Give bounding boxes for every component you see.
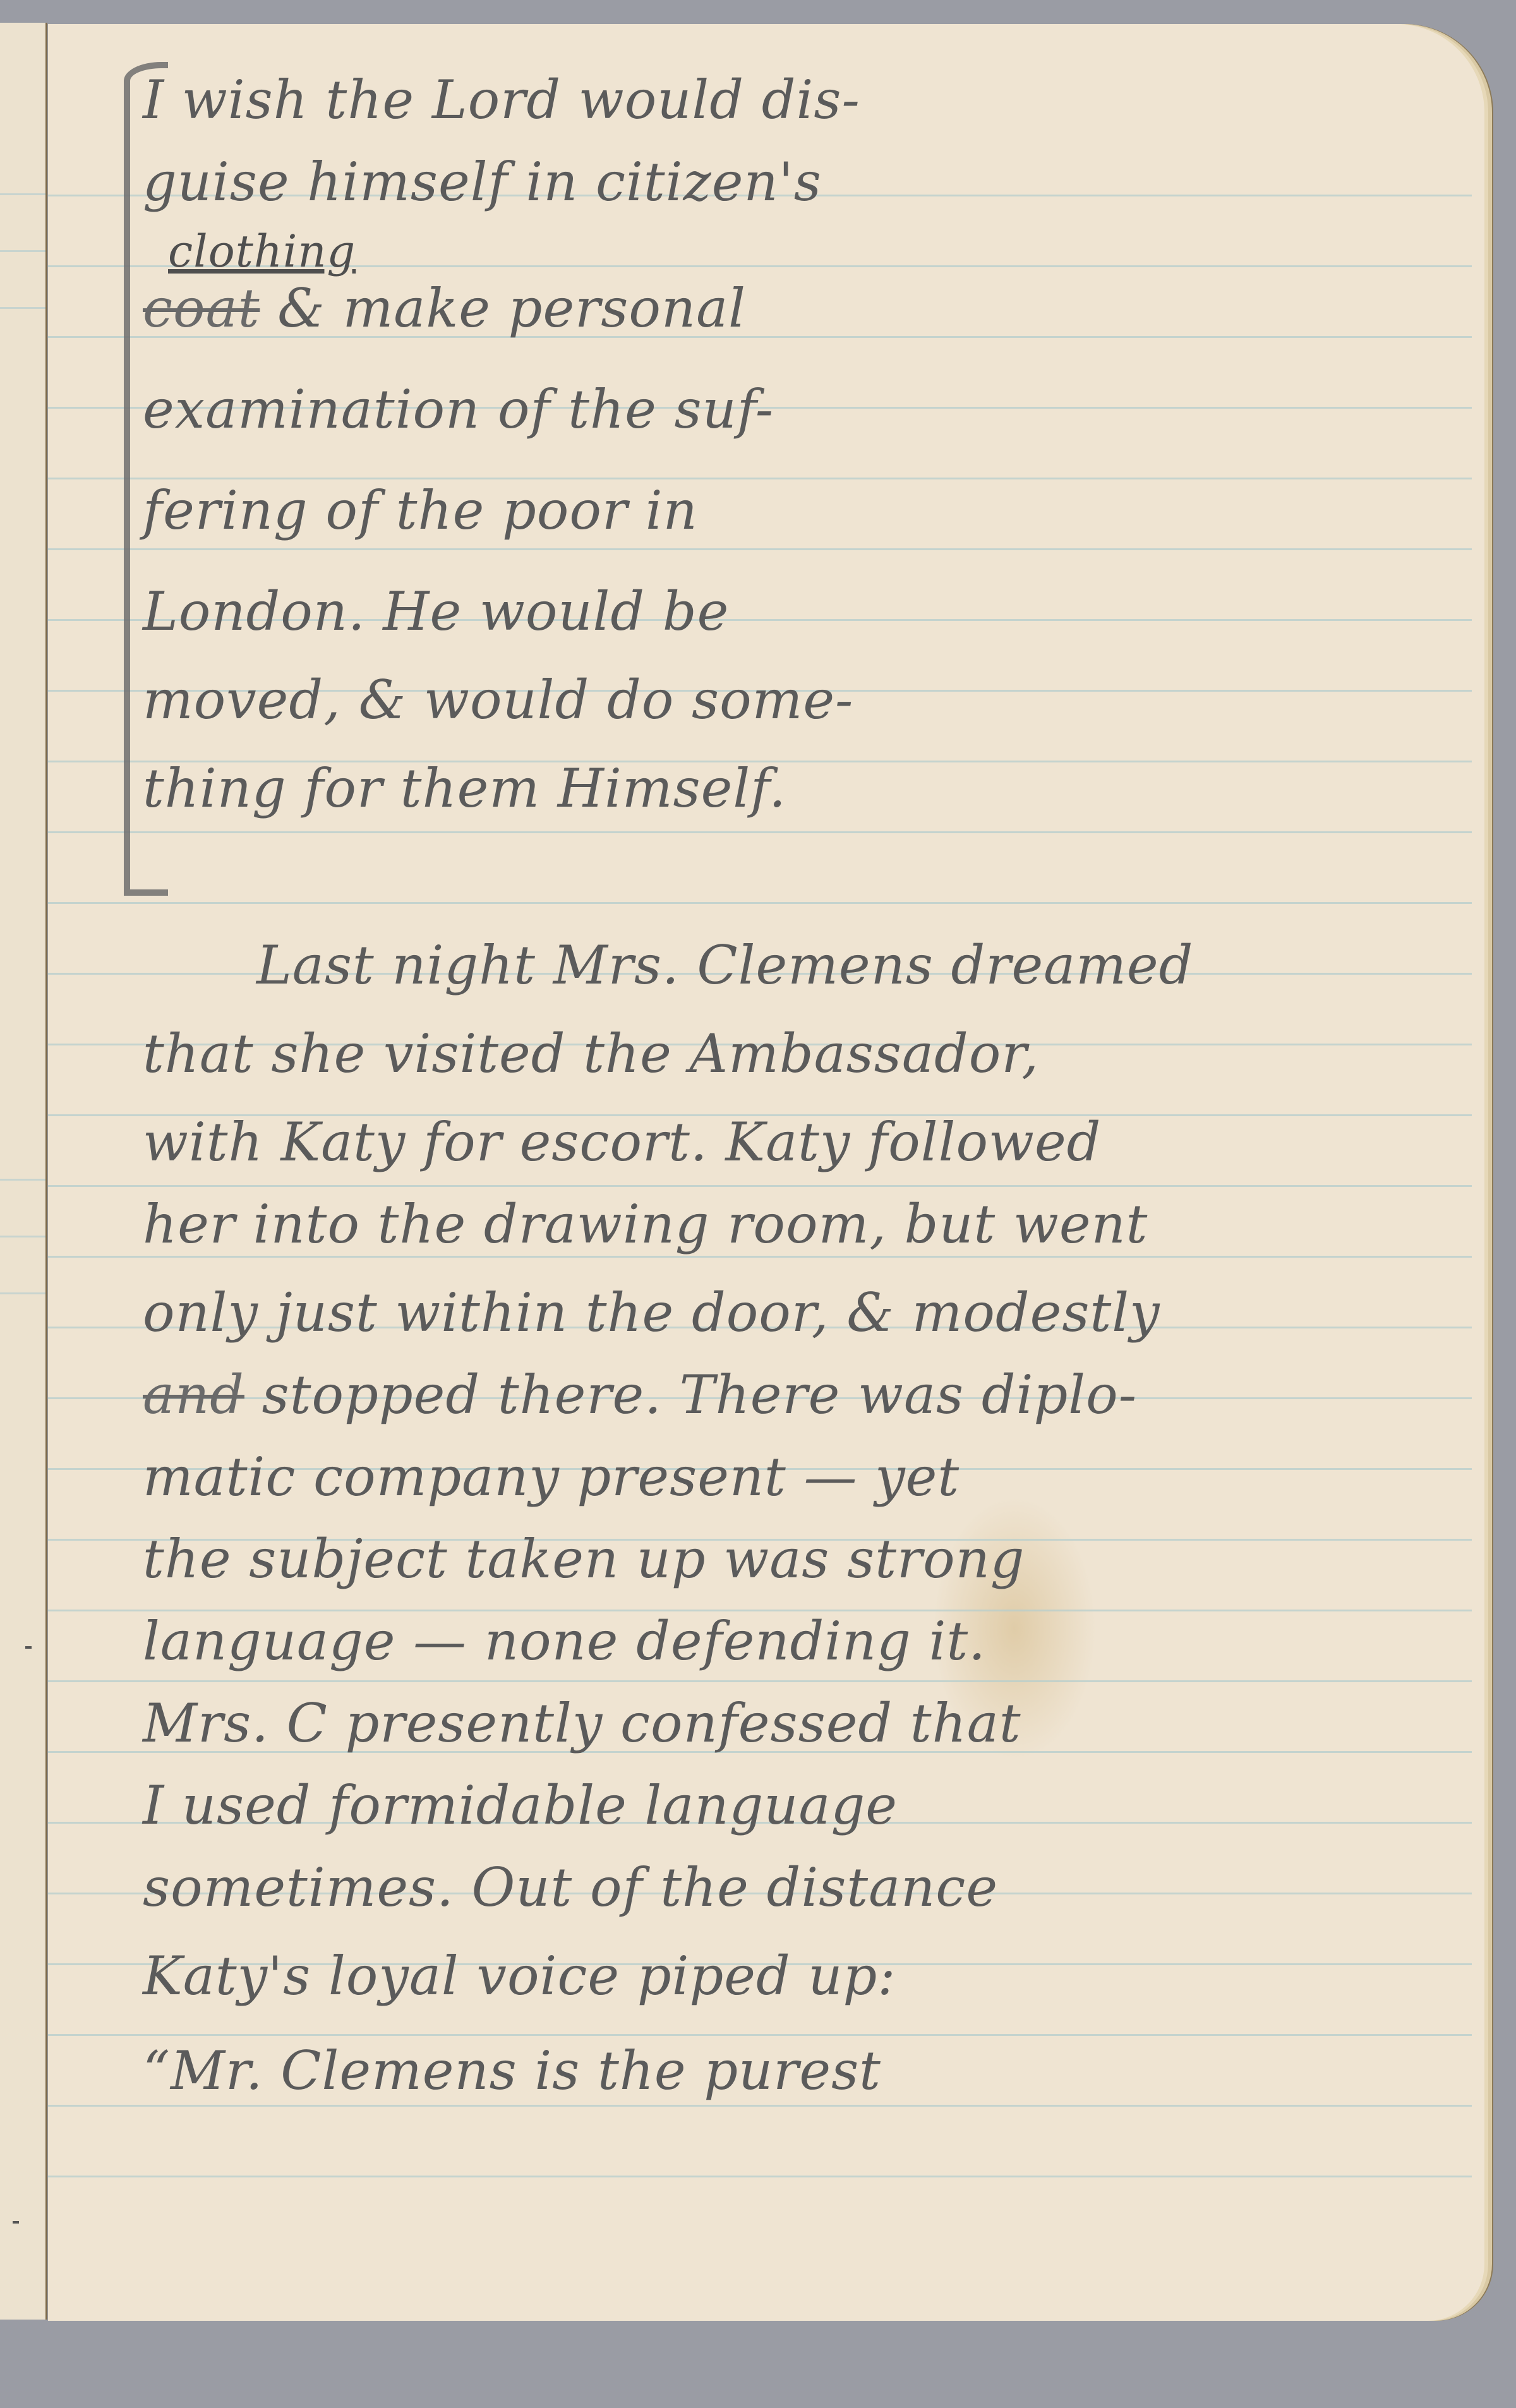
handwritten-line: with Katy for escort. Katy followed bbox=[143, 1111, 1434, 1174]
facing-page-edge bbox=[0, 23, 47, 2320]
handwritten-line: guise himself in citizen's bbox=[143, 150, 1434, 214]
line-text: stopped there. There was diplo- bbox=[262, 1364, 1137, 1426]
rule-line bbox=[0, 1236, 45, 1237]
handwritten-line: matic company present — yet bbox=[143, 1445, 1434, 1508]
handwritten-line: Mrs. C presently confessed that bbox=[143, 1692, 1434, 1755]
pencil-mark bbox=[25, 1646, 32, 1649]
pencil-mark bbox=[13, 2221, 19, 2224]
handwritten-line: her into the drawing room, but went bbox=[143, 1193, 1434, 1256]
line-text: & make personal bbox=[277, 277, 746, 339]
rule-line bbox=[0, 307, 45, 309]
handwritten-line: clothing coat & make personal bbox=[143, 277, 1434, 340]
rule-line bbox=[0, 1179, 45, 1181]
struck-word: coat bbox=[143, 277, 260, 339]
handwritten-line: that she visited the Ambassador, bbox=[143, 1022, 1434, 1085]
handwritten-line: London. He would be bbox=[143, 580, 1434, 643]
notebook-page: I wish the Lord would dis- guise himself… bbox=[48, 24, 1484, 2321]
handwritten-line: I wish the Lord would dis- bbox=[143, 68, 1434, 131]
handwritten-line: moved, & would do some- bbox=[143, 668, 1434, 731]
inserted-word: clothing bbox=[168, 220, 356, 283]
rule-line bbox=[0, 250, 45, 252]
rule-line bbox=[0, 193, 45, 195]
handwritten-line: Last night Mrs. Clemens dreamed bbox=[256, 934, 1434, 997]
handwritten-line: only just within the door, & modestly bbox=[143, 1281, 1434, 1344]
handwritten-line: the subject taken up was strong bbox=[143, 1527, 1434, 1591]
handwritten-line: “Mr. Clemens is the purest bbox=[143, 2039, 1434, 2102]
struck-word: and bbox=[143, 1364, 244, 1426]
handwritten-line: and stopped there. There was diplo- bbox=[143, 1363, 1434, 1426]
handwritten-line: examination of the suf- bbox=[143, 378, 1434, 441]
handwritten-text: I wish the Lord would dis- guise himself… bbox=[48, 24, 1484, 2321]
handwritten-line: fering of the poor in bbox=[143, 479, 1434, 542]
handwritten-line: I used formidable language bbox=[143, 1774, 1434, 1837]
handwritten-line: thing for them Himself. bbox=[143, 757, 1434, 820]
rule-line bbox=[0, 1292, 45, 1294]
handwritten-line: Katy's loyal voice piped up: bbox=[143, 1944, 1434, 2008]
handwritten-line: language — none defending it. bbox=[143, 1610, 1434, 1673]
handwritten-line: sometimes. Out of the distance bbox=[143, 1856, 1434, 1919]
